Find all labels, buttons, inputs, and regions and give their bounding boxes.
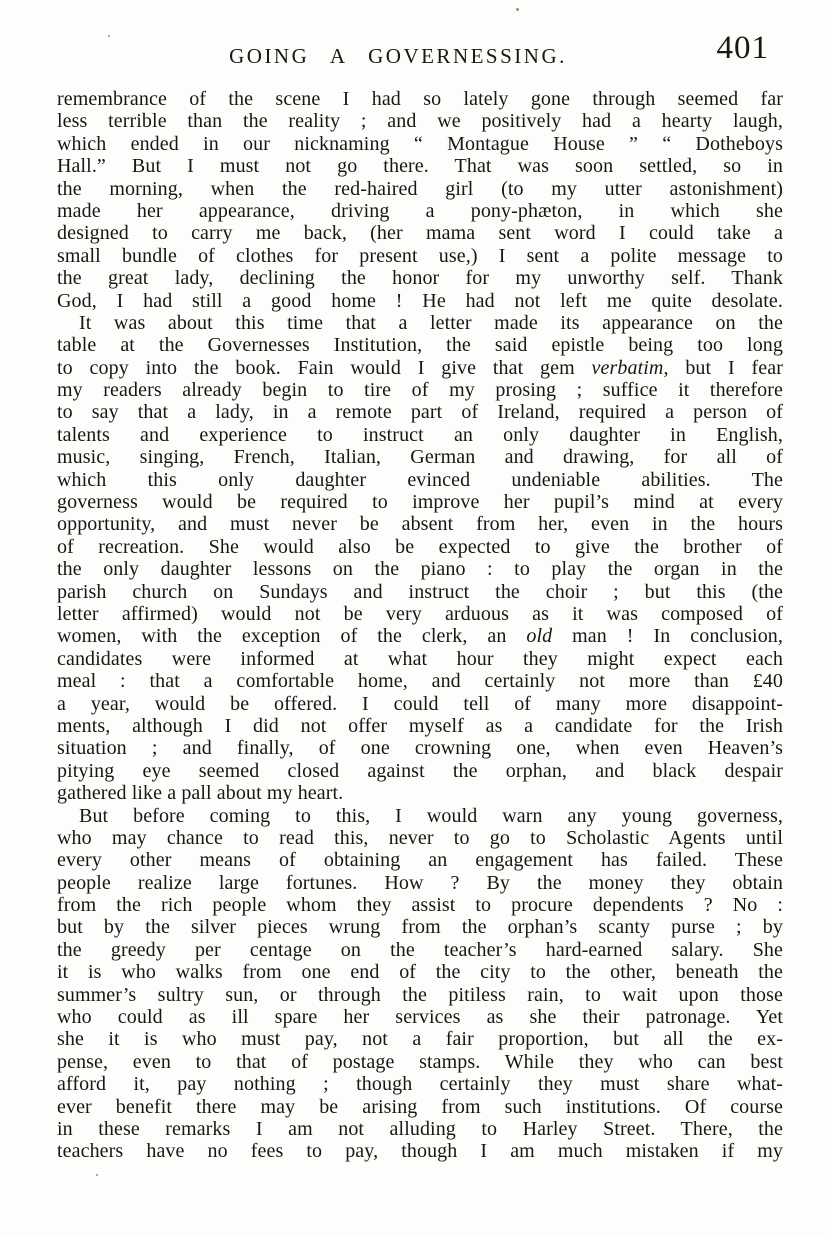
text-line: who could as ill spare her services as s…: [57, 1006, 783, 1028]
text-line: summer’s sultry sun, or through the piti…: [57, 984, 783, 1006]
text-line: who may chance to read this, never to go…: [57, 827, 783, 849]
text-line: parish church on Sundays and instruct th…: [57, 581, 783, 603]
text-line: small bundle of clothes for present use,…: [57, 245, 783, 267]
text-line: people realize large fortunes. How ? By …: [57, 872, 783, 894]
running-header: GOING A GOVERNESSING. 401: [57, 34, 783, 88]
page-body: remembrance of the scene I had so lately…: [57, 88, 783, 1163]
text-line: in these remarks I am not alluding to Ha…: [57, 1118, 783, 1140]
text-line: from the rich people whom they assist to…: [57, 894, 783, 916]
text-line: less terrible than the reality ; and we …: [57, 110, 783, 132]
text-line: ever benefit there may be arising from s…: [57, 1096, 783, 1118]
text-line: teachers have no fees to pay, though I a…: [57, 1140, 783, 1162]
text-line: to say that a lady, in a remote part of …: [57, 401, 783, 423]
text-line: meal : that a comfortable home, and cert…: [57, 670, 783, 692]
scan-speck: [516, 8, 519, 11]
page-number: 401: [717, 30, 770, 67]
text-line: the only daughter lessons on the piano :…: [57, 558, 783, 580]
text-line: a year, would be offered. I could tell o…: [57, 693, 783, 715]
text-line: the great lady, declining the honor for …: [57, 267, 783, 289]
text-line: music, singing, French, Italian, German …: [57, 446, 783, 468]
text-line: It was about this time that a letter mad…: [57, 312, 783, 334]
page-title: GOING A GOVERNESSING.: [35, 34, 761, 69]
text-line: to copy into the book. Fain would I give…: [57, 357, 783, 379]
text-line: gathered like a pall about my heart.: [57, 782, 783, 804]
text-line: it is who walks from one end of the city…: [57, 961, 783, 983]
text-line: designed to carry me back, (her mama sen…: [57, 222, 783, 244]
text-line: governess would be required to improve h…: [57, 491, 783, 513]
text-line: the greedy per centage on the teacher’s …: [57, 939, 783, 961]
text-line: table at the Governesses Institution, th…: [57, 334, 783, 356]
text-line: candidates were informed at what hour th…: [57, 648, 783, 670]
scan-speck: [96, 1174, 98, 1176]
text-line: God, I had still a good home ! He had no…: [57, 290, 783, 312]
text-line: every other means of obtaining an engage…: [57, 849, 783, 871]
text-line: pense, even to that of postage stamps. W…: [57, 1051, 783, 1073]
text-line: women, with the exception of the clerk, …: [57, 625, 783, 647]
text-line: Hall.” But I must not go there. That was…: [57, 155, 783, 177]
text-line: of recreation. She would also be expecte…: [57, 536, 783, 558]
text-line: pitying eye seemed closed against the or…: [57, 760, 783, 782]
text-line: ments, although I did not offer myself a…: [57, 715, 783, 737]
page-column: GOING A GOVERNESSING. 401 remembrance of…: [57, 34, 783, 1163]
text-line: the morning, when the red-haired girl (t…: [57, 178, 783, 200]
text-line: But before coming to this, I would warn …: [57, 805, 783, 827]
text-line: which ended in our nicknaming “ Montague…: [57, 133, 783, 155]
text-line: letter affirmed) would not be very arduo…: [57, 603, 783, 625]
text-line: made her appearance, driving a pony-phæt…: [57, 200, 783, 222]
text-line: remembrance of the scene I had so lately…: [57, 88, 783, 110]
text-line: situation ; and finally, of one crowning…: [57, 737, 783, 759]
text-line: my readers already begin to tire of my p…: [57, 379, 783, 401]
text-line: but by the silver pieces wrung from the …: [57, 916, 783, 938]
text-line: which this only daughter evinced undenia…: [57, 469, 783, 491]
text-line: afford it, pay nothing ; though certainl…: [57, 1073, 783, 1095]
text-line: opportunity, and must never be absent fr…: [57, 513, 783, 535]
text-line: talents and experience to instruct an on…: [57, 424, 783, 446]
text-line: she it is who must pay, not a fair propo…: [57, 1028, 783, 1050]
